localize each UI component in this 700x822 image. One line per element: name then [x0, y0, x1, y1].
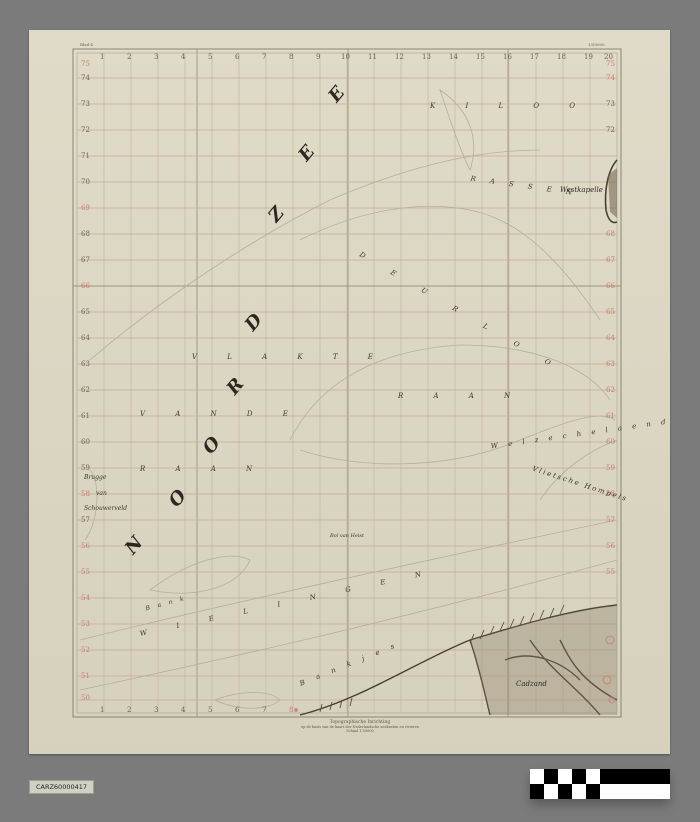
column-number: 9	[316, 53, 320, 61]
row-number: 55	[606, 568, 615, 576]
row-number: 54	[81, 594, 90, 602]
column-number: 6	[235, 706, 239, 714]
column-number: 6	[235, 53, 239, 61]
column-number: 14	[449, 53, 458, 61]
column-number: 11	[368, 53, 377, 61]
colorbar-cell	[530, 769, 544, 784]
row-number: 69	[81, 204, 90, 212]
row-number: 52	[81, 646, 90, 654]
column-number: 13	[422, 53, 431, 61]
column-number: 7	[262, 53, 266, 61]
row-number: 61	[81, 412, 90, 420]
column-number: 8	[289, 53, 293, 61]
row-number: 67	[606, 256, 615, 264]
row-number: 68	[606, 230, 615, 238]
label-brugge: Brugge	[84, 474, 106, 481]
label-van: van	[96, 490, 107, 497]
row-number: 58	[81, 490, 90, 498]
column-number: 10	[341, 53, 350, 61]
column-number: 2	[127, 53, 131, 61]
row-number: 74	[81, 74, 90, 82]
column-number: 12	[395, 53, 404, 61]
imprint-scale: Schaal 1:50000	[230, 729, 490, 733]
row-number: 60	[606, 438, 615, 446]
row-number: 72	[81, 126, 90, 134]
row-number: 73	[606, 100, 615, 108]
colorbar-cell	[586, 769, 600, 784]
row-number: 65	[606, 308, 615, 316]
sheet-header-scale: 1/50000	[588, 42, 605, 47]
row-number: 61	[606, 412, 615, 420]
column-number: 2	[127, 706, 131, 714]
row-number: 63	[606, 360, 615, 368]
colorbar-cell	[600, 769, 670, 784]
row-number: 50	[81, 694, 90, 702]
row-number: 57	[81, 516, 90, 524]
row-number: 75	[81, 60, 90, 68]
row-number: 56	[81, 542, 90, 550]
colorbar-cell	[530, 784, 544, 799]
colorbar-cell	[558, 769, 572, 784]
row-number: 53	[81, 620, 90, 628]
row-number: 62	[606, 386, 615, 394]
row-number: 70	[81, 178, 90, 186]
column-number: 1	[100, 706, 104, 714]
row-number: 72	[606, 126, 615, 134]
column-number: 1	[100, 53, 104, 61]
row-number: 75	[606, 60, 615, 68]
column-number: 16	[503, 53, 512, 61]
row-number: 73	[81, 100, 90, 108]
label-kiloo: K I L O O	[430, 102, 589, 110]
row-number: 51	[81, 672, 90, 680]
colorbar-cell	[586, 784, 600, 799]
row-number: 64	[606, 334, 615, 342]
map-grid	[0, 0, 700, 822]
row-number: 57	[606, 516, 615, 524]
column-number: 4	[181, 706, 185, 714]
town-westkapelle: Westkapelle	[560, 186, 603, 194]
column-number: 3	[154, 706, 158, 714]
row-number: 59	[606, 464, 615, 472]
column-number: 15	[476, 53, 485, 61]
row-number: 59	[81, 464, 90, 472]
row-number: 66	[606, 282, 615, 290]
row-number: 62	[81, 386, 90, 394]
column-number: 17	[530, 53, 539, 61]
scale-color-bar	[530, 769, 670, 799]
label-bol-van-heist: Bol van Heist	[330, 533, 364, 539]
column-number: 8	[289, 706, 293, 714]
column-number: 7	[262, 706, 266, 714]
column-number: 5	[208, 53, 212, 61]
row-number: 65	[81, 308, 90, 316]
row-number: 63	[81, 360, 90, 368]
colorbar-cell	[544, 769, 558, 784]
row-number: 74	[606, 74, 615, 82]
sheet-header-left: Blad 4	[80, 42, 93, 47]
row-number: 55	[81, 568, 90, 576]
row-number: 64	[81, 334, 90, 342]
column-number: 4	[181, 53, 185, 61]
colorbar-cell	[544, 784, 558, 799]
label-raan-east: R A A N	[398, 392, 524, 400]
row-number: 68	[81, 230, 90, 238]
label-schouwerveld: Schouwerveld	[84, 505, 127, 512]
row-number: 56	[606, 542, 615, 550]
column-number: 18	[557, 53, 566, 61]
colorbar-cell	[558, 784, 572, 799]
label-van-de: V A N D E	[140, 410, 302, 418]
colorbar-cell	[572, 769, 586, 784]
column-number: 5	[208, 706, 212, 714]
row-number: 71	[81, 152, 90, 160]
row-number: 66	[81, 282, 90, 290]
label-vlakte: V L A K T E	[192, 353, 387, 361]
map-imprint: Topographische Inrichting op de basis va…	[230, 720, 490, 733]
label-raan-west: R A A N	[140, 465, 266, 473]
colorbar-cell	[600, 784, 670, 799]
column-number: 19	[584, 53, 593, 61]
row-number: 67	[81, 256, 90, 264]
column-number: 3	[154, 53, 158, 61]
row-number: 60	[81, 438, 90, 446]
town-cadzand: Cadzand	[516, 680, 547, 688]
catalog-id-label: CARZ60000417	[29, 780, 94, 794]
colorbar-cell	[572, 784, 586, 799]
